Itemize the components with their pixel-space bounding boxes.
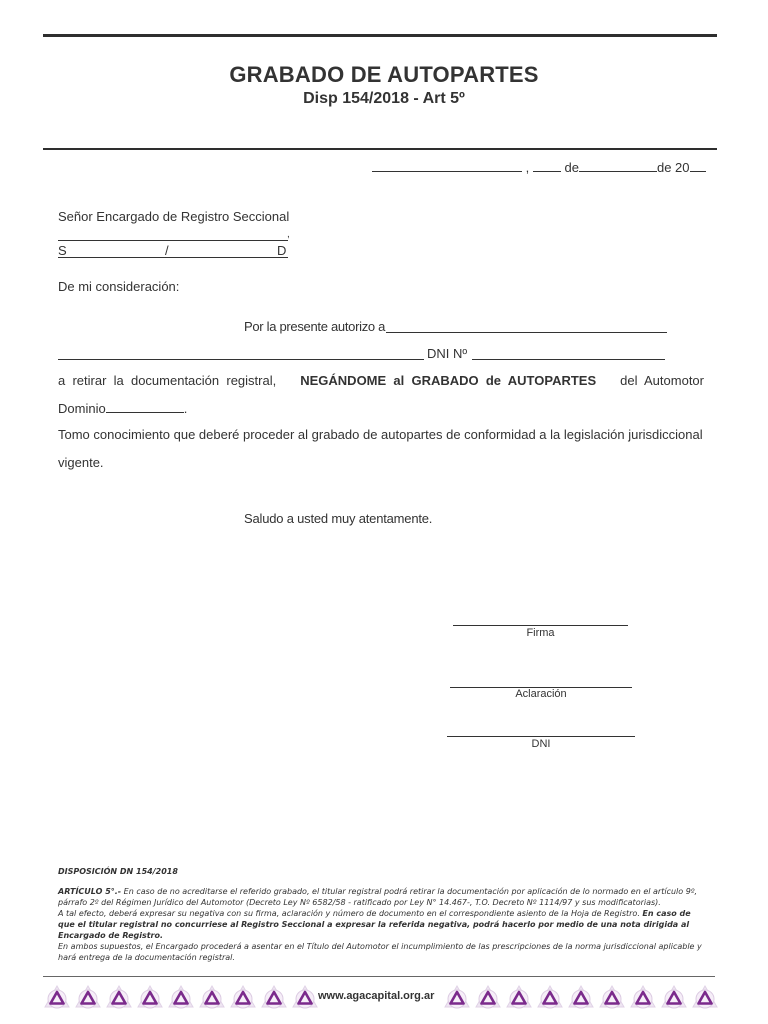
- year-prefix-label: de 20: [657, 160, 690, 175]
- dni-label: DNI Nº: [427, 346, 467, 361]
- footer-p1-text: En caso de no acreditarse el referido gr…: [58, 887, 697, 907]
- registry-name-field[interactable]: [58, 240, 288, 241]
- header-bottom-rule: [43, 148, 717, 150]
- aga-triangle-logo-icon: [230, 985, 256, 1011]
- footer-p3: En ambos supuestos, el Encargado procede…: [58, 941, 706, 963]
- place-field[interactable]: [372, 159, 522, 172]
- dni-field[interactable]: [472, 359, 665, 360]
- logo-row-left: [44, 985, 318, 1011]
- retirar-post: del Automotor: [620, 373, 704, 388]
- aga-triangle-logo-icon: [75, 985, 101, 1011]
- footer-rule: [43, 976, 715, 977]
- firma-field[interactable]: [453, 625, 628, 626]
- comma: ,: [526, 160, 530, 175]
- footer-p1: ARTÍCULO 5°.- En caso de no acreditarse …: [58, 886, 706, 908]
- retirar-bold: NEGÁNDOME al GRABADO de AUTOPARTES: [300, 373, 596, 388]
- aga-triangle-logo-icon: [444, 985, 470, 1011]
- aga-triangle-logo-icon: [44, 985, 70, 1011]
- aclaracion-label: Aclaración: [450, 688, 632, 700]
- aga-triangle-logo-icon: [106, 985, 132, 1011]
- aga-triangle-logo-icon: [475, 985, 501, 1011]
- retirar-paragraph: a retirar la documentación registral, NE…: [58, 373, 704, 388]
- dominio-period: .: [184, 401, 188, 416]
- dominio-line: Dominio.: [58, 400, 187, 416]
- aga-triangle-logo-icon: [199, 985, 225, 1011]
- de-label: de: [565, 160, 579, 175]
- date-line: , dede 20: [372, 159, 706, 175]
- footer-heading: DISPOSICIÓN DN 154/2018: [58, 866, 706, 877]
- aga-triangle-logo-icon: [630, 985, 656, 1011]
- aga-triangle-logo-icon: [506, 985, 532, 1011]
- footer-p2: A tal efecto, deberá expresar su negativ…: [58, 908, 706, 941]
- vigente-text: vigente.: [58, 455, 104, 470]
- aga-triangle-logo-icon: [261, 985, 287, 1011]
- signature-dni-field[interactable]: [447, 736, 635, 737]
- addressee-label: Señor Encargado de Registro Seccional: [58, 209, 289, 224]
- footer-legal-text: ARTÍCULO 5°.- En caso de no acreditarse …: [58, 886, 706, 963]
- authorize-text: Por la presente autorizo a: [244, 319, 385, 334]
- closing-salutation: Saludo a usted muy atentamente.: [244, 511, 432, 526]
- addressee-comma: ,: [287, 229, 290, 240]
- tomo-text: Tomo conocimiento que deberé proceder al…: [58, 427, 703, 442]
- dominio-field[interactable]: [106, 400, 184, 413]
- aga-triangle-logo-icon: [137, 985, 163, 1011]
- signature-dni-label: DNI: [447, 738, 635, 750]
- dominio-label: Dominio: [58, 401, 106, 416]
- aga-triangle-logo-icon: [599, 985, 625, 1011]
- sd-slash: /: [165, 243, 169, 258]
- firma-label: Firma: [453, 627, 628, 639]
- greeting: De mi consideración:: [58, 279, 179, 294]
- aga-triangle-logo-icon: [292, 985, 318, 1011]
- sd-underline: [58, 257, 288, 258]
- sd-d: D: [277, 243, 286, 258]
- authorized-person-field[interactable]: [386, 332, 667, 333]
- authorized-person-field-cont[interactable]: [58, 359, 424, 360]
- aga-triangle-logo-icon: [537, 985, 563, 1011]
- footer-p2-text: A tal efecto, deberá expresar su negativ…: [58, 909, 642, 918]
- document-subtitle: Disp 154/2018 - Art 5º: [0, 90, 768, 108]
- top-rule: [43, 34, 717, 37]
- website-link[interactable]: www.agacapital.org.ar: [318, 990, 434, 1002]
- logo-row-right: [444, 985, 718, 1011]
- aga-triangle-logo-icon: [168, 985, 194, 1011]
- retirar-pre: a retirar la documentación registral,: [58, 373, 276, 388]
- aga-triangle-logo-icon: [661, 985, 687, 1011]
- aga-triangle-logo-icon: [568, 985, 594, 1011]
- month-field[interactable]: [579, 159, 657, 172]
- day-field[interactable]: [533, 159, 561, 172]
- year-field[interactable]: [690, 159, 706, 172]
- document-title: GRABADO DE AUTOPARTES: [0, 62, 768, 88]
- sd-s: S: [58, 243, 67, 258]
- aga-triangle-logo-icon: [692, 985, 718, 1011]
- article-label: ARTÍCULO 5°.-: [58, 887, 121, 896]
